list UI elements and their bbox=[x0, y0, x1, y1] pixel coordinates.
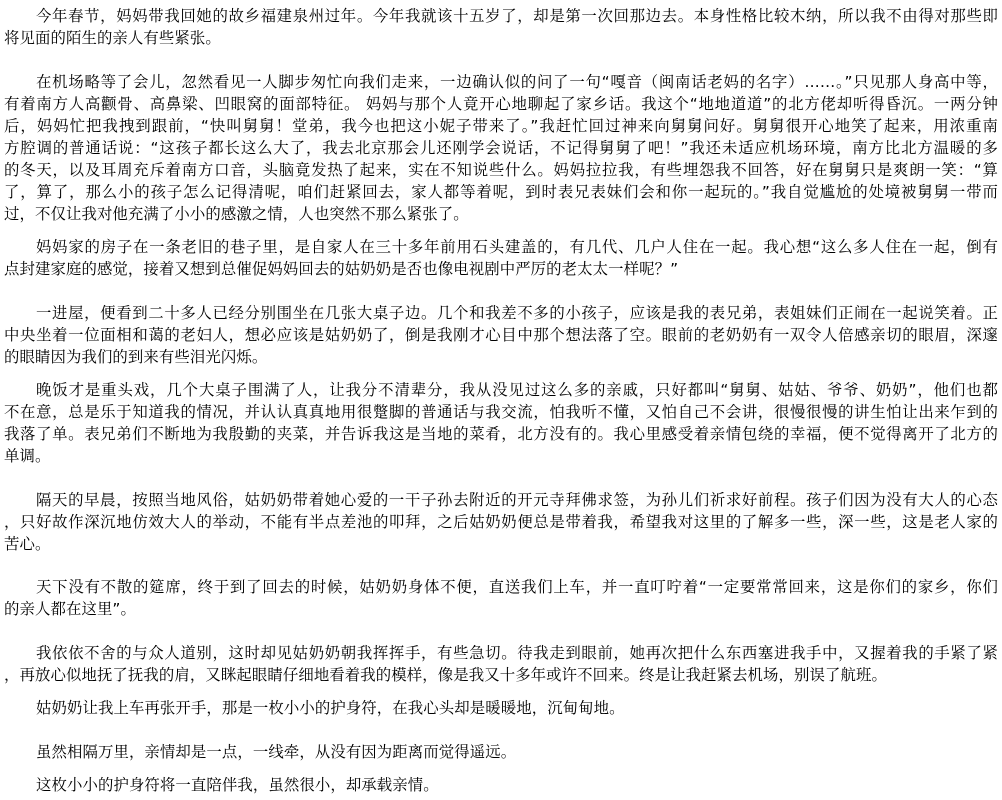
paragraph-4-line-2: 中央坐着一位面相和蔼的老妇人，想必应该是姑奶奶了，倒是我刚才心目中那个想法落了空… bbox=[4, 324, 998, 346]
paragraph-4-line-1: 一进屋，便看到二十多人已经分别围坐在几张大桌子边。几个和我差不多的小孩子，应该是… bbox=[36, 302, 998, 324]
paragraph-6-line-3: 苦心。 bbox=[4, 533, 50, 555]
paragraph-6-line-2: ，只好故作深沉地仿效大人的举动，不能有半点差池的叩拜，之后姑奶奶便总是带着我，希… bbox=[4, 511, 998, 533]
paragraph-2-line-7: 过，不仅让我对他充满了小小的感激之情，人也突然不那么紧张了。 bbox=[4, 203, 469, 225]
article-body: 今年春节，妈妈带我回她的故乡福建泉州过年。今年我就该十五岁了，却是第一次回那边去… bbox=[0, 0, 1002, 800]
paragraph-9-line-1: 姑奶奶让我上车再张开手，那是一枚小小的护身符，在我心头却是暖暖地，沉甸甸地。 bbox=[36, 697, 625, 719]
paragraph-7-line-1: 天下没有不散的筵席，终于到了回去的时候，姑奶奶身体不便，直送我们上车，并一直叮咛… bbox=[36, 576, 998, 598]
paragraph-2-line-3: 后，妈妈忙把我拽到跟前，“快叫舅舅！堂弟，我今也把这小妮子带来了。”我赶忙回过神… bbox=[4, 115, 998, 137]
paragraph-5-line-3: 我落了单。表兄弟们不断地为我殷勤的夹菜，并告诉我这是当地的菜肴，北方没有的。我心… bbox=[4, 423, 998, 445]
paragraph-2-line-2: 有着南方人高颧骨、高鼻梁、凹眼窝的面部特征。 妈妈与那个人竟开心地聊起了家乡话。… bbox=[4, 93, 998, 115]
paragraph-1-line-2: 将见面的陌生的亲人有些紧张。 bbox=[4, 27, 221, 49]
paragraph-8-line-1: 我依依不舍的与众人道别，这时却见姑奶奶朝我挥挥手，有些急切。待我走到眼前，她再次… bbox=[36, 642, 998, 664]
paragraph-10-line-1: 虽然相隔万里，亲情却是一点，一线牵，从没有因为距离而觉得遥远。 bbox=[36, 741, 516, 763]
paragraph-11-line-1: 这枚小小的护身符将一直陪伴我，虽然很小，却承载亲情。 bbox=[36, 774, 439, 796]
paragraph-5-line-4: 单调。 bbox=[4, 445, 50, 467]
paragraph-2-line-1: 在机场略等了会儿，忽然看见一人脚步匆忙向我们走来，一边确认似的问了一句“嘎音（闽… bbox=[36, 71, 998, 93]
paragraph-5-line-2: 不在意，总是乐于知道我的情况，并认认真真地用很蹩脚的普通话与我交流，怕我听不懂，… bbox=[4, 401, 998, 423]
paragraph-3-line-2: 点封建家庭的感觉，接着又想到总催促妈妈回去的姑奶奶是否也像电视剧中严厉的老太太一… bbox=[4, 258, 678, 280]
paragraph-1-line-1: 今年春节，妈妈带我回她的故乡福建泉州过年。今年我就该十五岁了，却是第一次回那边去… bbox=[36, 5, 998, 27]
paragraph-8-line-2: ，再放心似地抚了抚我的肩，又眯起眼睛仔细地看着我的模样，像是我又十多年或许不回来… bbox=[4, 664, 887, 686]
paragraph-2-line-4: 方腔调的普通话说：“这孩子都长这么大了，我去北京那会儿还刚学会说话，不记得舅舅了… bbox=[4, 137, 998, 159]
paragraph-3-line-1: 妈妈家的房子在一条老旧的巷子里，是自家人在三十多年前用石头建盖的，有几代、几户人… bbox=[36, 236, 998, 258]
paragraph-7-line-2: 的亲人都在这里”。 bbox=[4, 598, 136, 620]
paragraph-4-line-3: 的眼睛因为我们的到来有些泪光闪烁。 bbox=[4, 346, 267, 368]
paragraph-5-line-1: 晚饭才是重头戏，几个大桌子围满了人，让我分不清辈分，我从没见过这么多的亲戚，只好… bbox=[36, 379, 998, 401]
paragraph-2-line-6: 了，算了，那么小的孩子怎么记得清呢，咱们赶紧回去，家人都等着呢，到时表兄表妹们会… bbox=[4, 181, 998, 203]
paragraph-2-line-5: 的冬天，以及耳周充斥着南方口音，头脑竟发热了起来，实在不知说些什么。妈妈拉拉我，… bbox=[4, 159, 998, 181]
paragraph-6-line-1: 隔天的早晨，按照当地风俗，姑奶奶带着她心爱的一干子孙去附近的开元寺拜佛求签，为孙… bbox=[36, 489, 998, 511]
